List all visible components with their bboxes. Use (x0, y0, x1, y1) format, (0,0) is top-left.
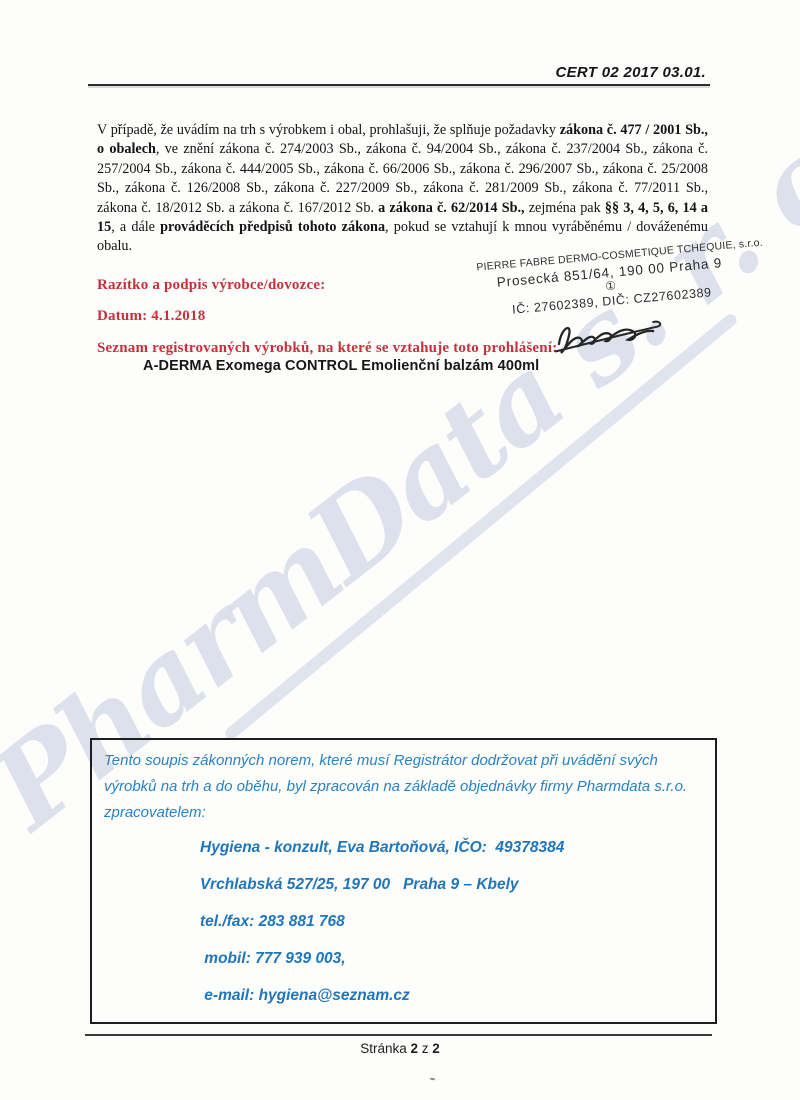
legal-segment: V případě, že uvádím na trh s výrobkem i… (97, 122, 560, 138)
page-number: Stránka 2 z 2 (0, 1041, 800, 1056)
info-box-address: Vrchlabská 527/25, 197 00 Praha 9 – Kbel… (200, 877, 703, 893)
page-number-of-word: z (422, 1041, 429, 1056)
page-number-current: 2 (410, 1041, 418, 1056)
legal-paragraph: V případě, že uvádím na trh s výrobkem i… (97, 121, 708, 257)
legal-segment: , a dále (111, 219, 160, 235)
document-code: CERT 02 2017 03.01. (555, 64, 706, 81)
page-number-prefix: Stránka (360, 1041, 407, 1056)
page-number-total: 2 (432, 1041, 440, 1056)
signature-icon (540, 305, 671, 358)
date-line: Datum: 4.1.2018 (97, 308, 205, 325)
info-box-mobile: mobil: 777 939 003, (200, 951, 703, 967)
registered-products-heading: Seznam registrovaných výrobků, na které … (97, 340, 557, 357)
scanned-document-page: PharmData s. r. o. CERT 02 2017 03.01. V… (0, 0, 800, 1100)
legal-segment-bold: a zákona č. 62/2014 Sb., (378, 200, 524, 216)
info-box-telfax: tel./fax: 283 881 768 (200, 914, 703, 930)
info-box-intro: Tento soupis zákonných norem, které musí… (104, 748, 703, 826)
registrar-info-box: Tento soupis zákonných norem, které musí… (90, 738, 717, 1024)
info-box-contact-name: Hygiena - konzult, Eva Bartoňová, IČO: 4… (200, 840, 703, 856)
product-name: A-DERMA Exomega CONTROL Emolienční balzá… (143, 358, 539, 374)
stamp-and-signature-heading: Razítko a podpis výrobce/dovozce: (97, 277, 325, 294)
info-box-email: e-mail: hygiena@seznam.cz (200, 988, 703, 1004)
watermark-underline-stroke (223, 312, 739, 742)
scan-artifact-dot (430, 1078, 435, 1081)
footer-rule (85, 1034, 712, 1036)
legal-segment-bold: prováděcích předpisů tohoto zákona (160, 219, 385, 235)
legal-segment: zejména pak (525, 200, 605, 216)
header-rule (88, 84, 710, 86)
